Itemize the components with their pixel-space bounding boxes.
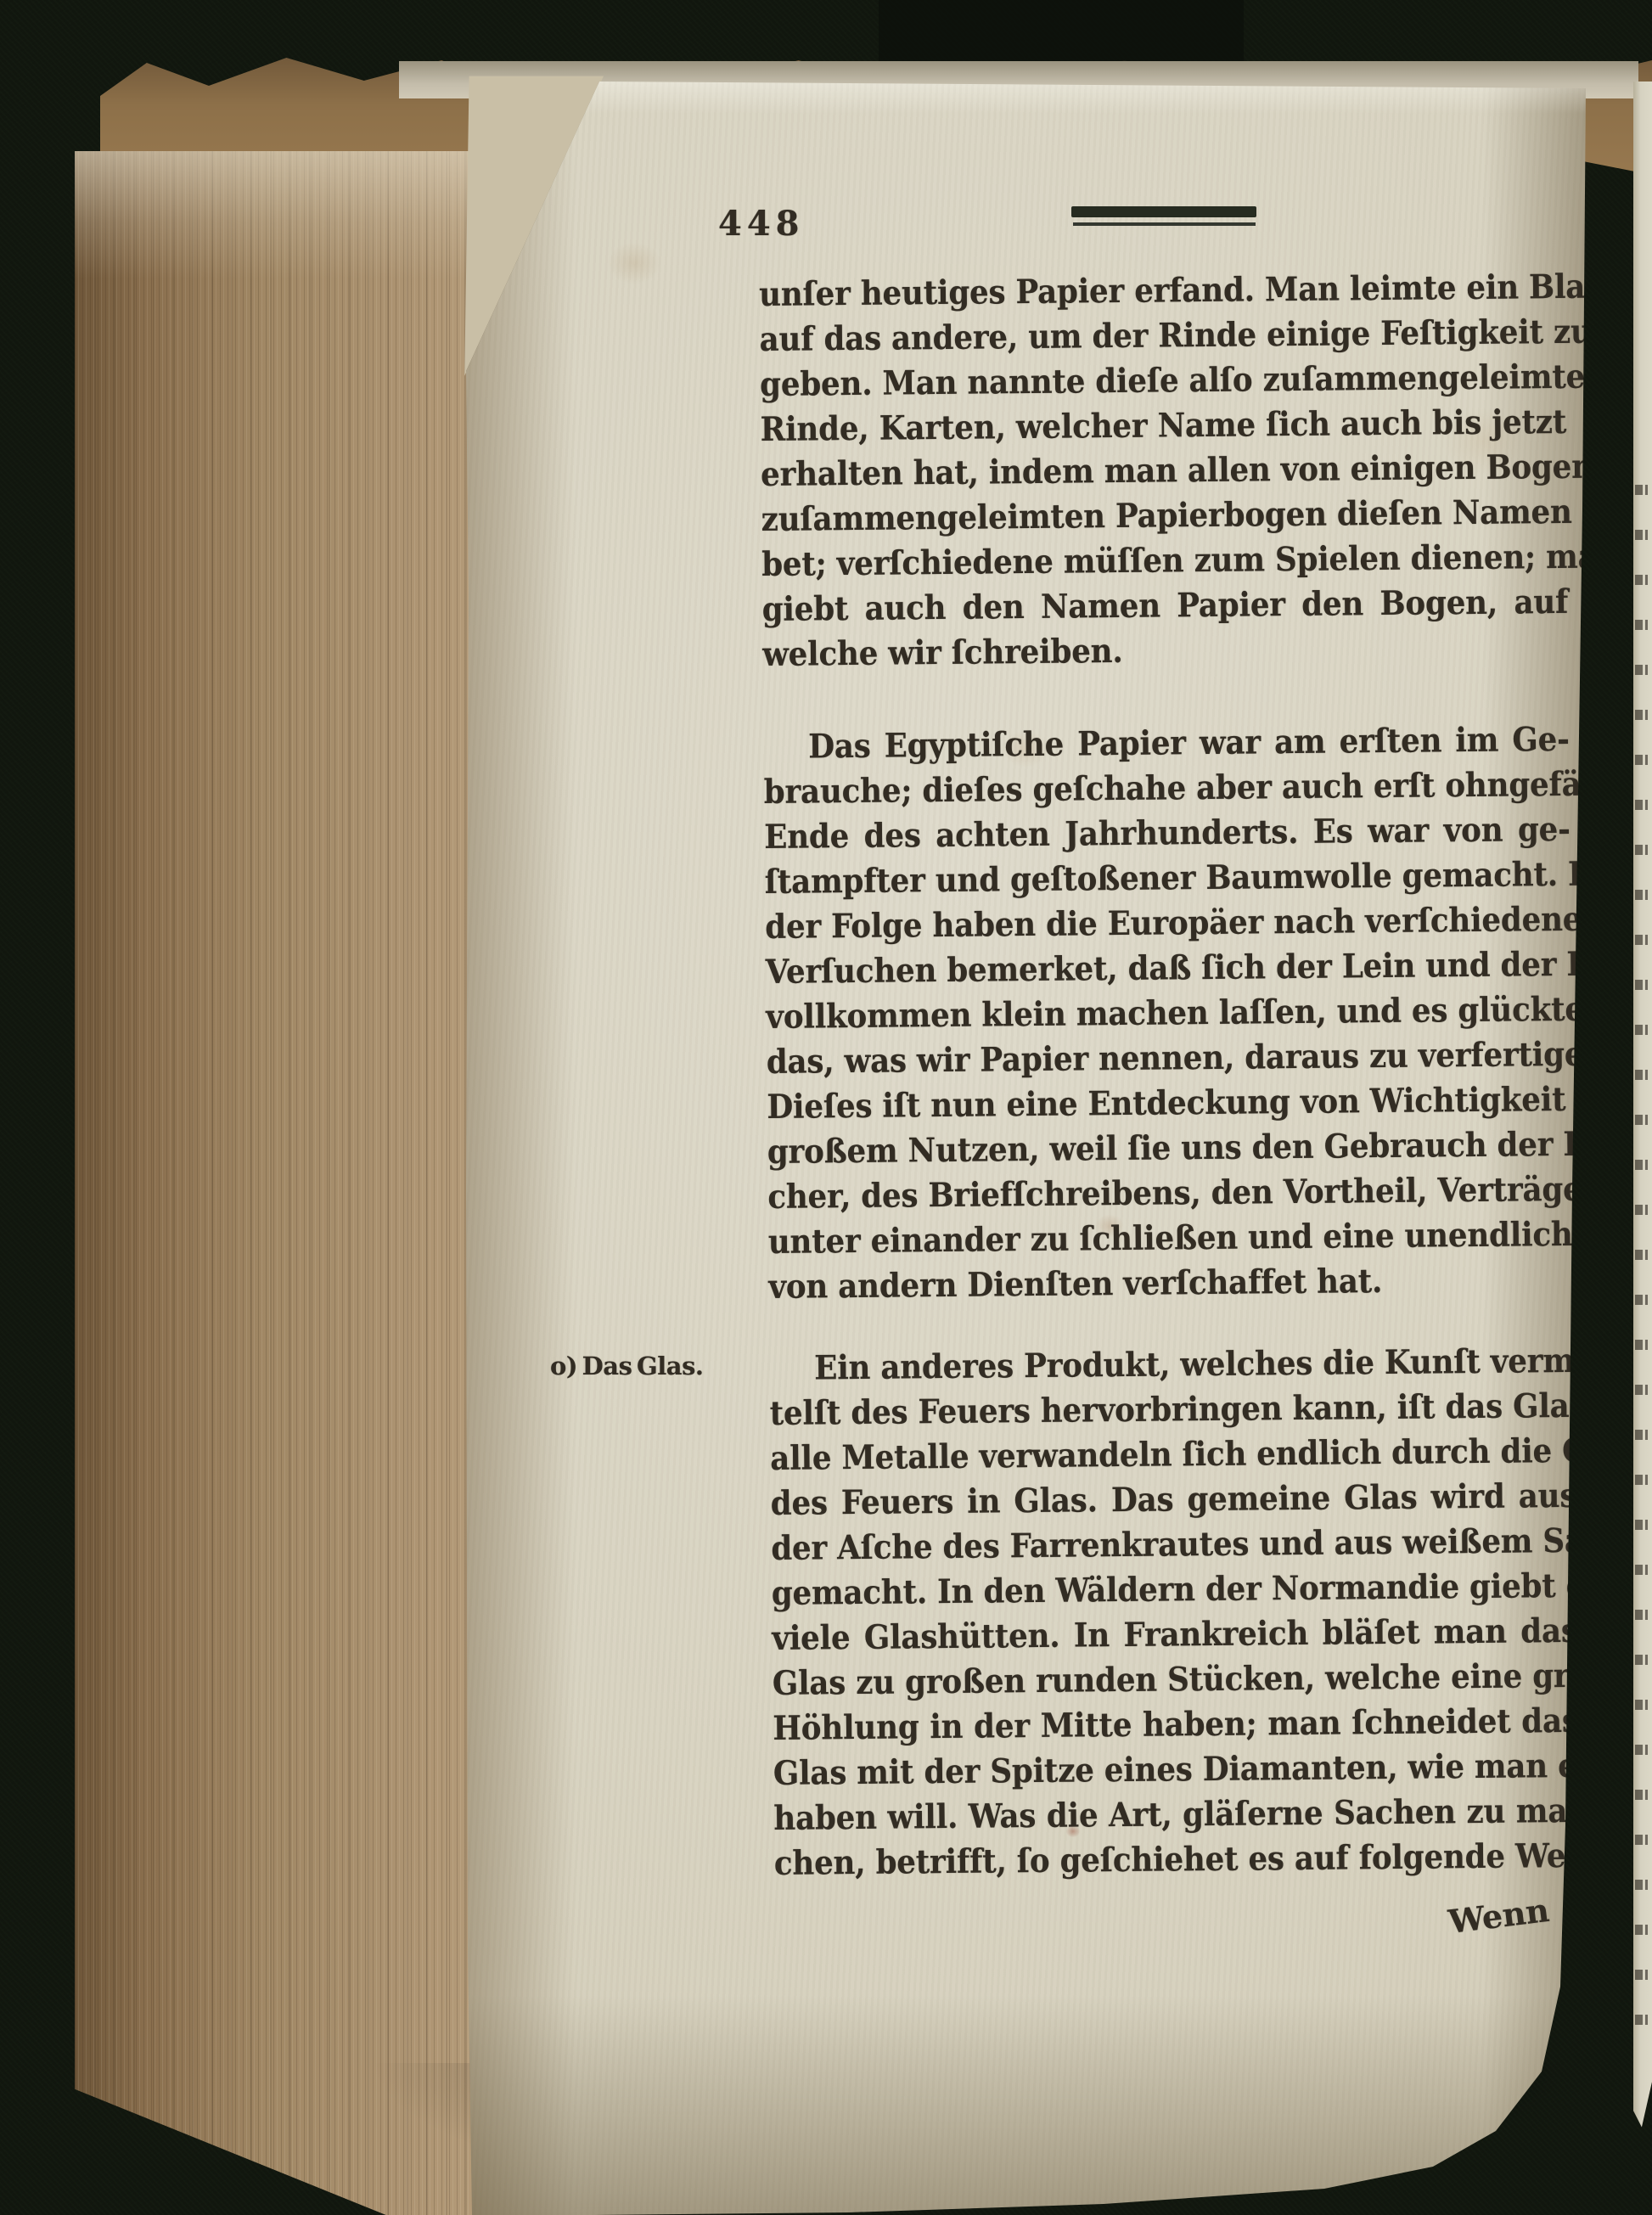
word: einigen [1350,447,1475,492]
word: Briefſchreibens, [928,1172,1201,1219]
word: ſo [1017,1840,1050,1885]
word: bet; [761,543,827,588]
word: der [924,1751,980,1796]
word: chen, [774,1841,866,1887]
word: von [768,1265,828,1311]
word: aus [1334,1521,1392,1567]
word: Ein [814,1346,871,1392]
text-line: zuſammengeleimtenPapierbogendieſenNameng… [761,491,1567,543]
text-line: unſerheutigesPapiererfand.ManleimteeinBl… [759,266,1565,318]
word: der [765,905,821,951]
word: der [771,1526,827,1572]
word: hervorbringen [1041,1387,1283,1435]
word: Jahrhunderts. [1065,811,1299,858]
word: runden [1036,1659,1157,1705]
word: zu [856,1661,895,1706]
word: Baumwolle [1205,855,1392,902]
word: machen [1076,992,1209,1037]
facing-page-sliver [1633,82,1652,2139]
word: Spitze [990,1749,1094,1795]
word: Papierbogen [1115,493,1327,540]
word: weißem [1402,1520,1533,1566]
word: Namen [1453,491,1572,537]
word: Das [1111,1478,1174,1524]
word: giebt [761,587,848,633]
word: daraus [1245,1035,1359,1081]
word: erſten [1339,719,1441,765]
word: Metalle [841,1436,969,1481]
word: iſt [882,1084,920,1129]
text-line: DieſesiſtnuneineEntdeckungvonWichtigkeit… [767,1078,1573,1131]
word: nannte [967,360,1085,406]
word: geſchahe [1032,767,1186,813]
text-line: habenwill.WasdieArt,gläſerneSachenzuma- [773,1790,1580,1842]
text-line: derAſchedesFarrenkrautesundausweißemSand… [771,1520,1577,1572]
word: klein [981,993,1066,1039]
word: viele [772,1616,851,1662]
word: Stücken, [1167,1657,1315,1704]
text-line: bet;verſchiedenemüſſenzumSpielendienen;m… [761,536,1568,588]
word: das, [767,1040,834,1086]
word: verſchiedene [836,541,1054,587]
word: des [863,814,921,860]
word: aber [1196,766,1272,812]
word: die [1323,1341,1374,1387]
word: Was [969,1795,1037,1841]
word: Art, [1109,1793,1172,1839]
word: gemacht. [772,1571,928,1617]
book-photograph: 448 unſerheutigesPapiererfand.Manleimtee… [0,0,1652,2215]
word: gläſerne [1183,1792,1323,1839]
word: Frankreich [1123,1612,1308,1659]
word: den [1301,582,1363,628]
word: laſſen, [1218,991,1326,1037]
word: wir [888,632,941,677]
word: eine [1006,1082,1078,1128]
word: man [1475,1745,1548,1791]
word: In [937,1571,974,1616]
word: Folge [831,904,923,950]
word: Glas [773,1661,846,1707]
word: eines [1104,1748,1193,1794]
word: man [1267,1702,1341,1748]
word: Verſuchen [766,949,937,996]
word: Dienſten [967,1262,1113,1309]
word: Aſche [837,1526,933,1571]
text-line: GlaszugroßenrundenStücken,welcheeinegroß… [773,1655,1579,1707]
word: haben; [1143,1702,1257,1748]
word: ſchreiben. [952,630,1123,677]
word: unter [768,1220,861,1266]
word: welches [1180,1342,1312,1388]
word: verſchiedenen [1365,898,1604,946]
word: Karten, [879,406,1006,452]
text-line: cher,desBriefſchreibens,denVortheil,Vert… [767,1168,1574,1221]
text-line: vieleGlashütten.InFrankreichbläſetmandas [772,1610,1578,1662]
word: telſt [770,1391,841,1437]
word: ſich [1266,403,1330,449]
word: Vortheil, [1283,1170,1427,1217]
text-line: GlasmitderSpitzeeinesDiamanten,wiemanes [773,1745,1580,1797]
word: uns [1181,1127,1242,1172]
word: auf [1514,581,1568,627]
word: achten [936,813,1050,859]
word: den [962,586,1024,632]
word: Rinde [1158,313,1256,359]
word: haben [773,1796,877,1842]
word: hat. [1317,1260,1383,1306]
word: Sachen [1334,1791,1456,1836]
word: eine [1451,1655,1523,1701]
word: es [1248,1837,1284,1882]
word: mit [857,1751,914,1796]
word: Verträge [1437,1168,1582,1215]
text-line: alleMetalleverwandelnſichendlichdurchdie… [770,1430,1576,1482]
word: allen [1188,448,1271,494]
word: Papier [980,1037,1088,1083]
word: Wichtigkeit [1370,1078,1566,1125]
word: ein [1466,266,1519,312]
word: Entdeckung [1087,1081,1290,1127]
word: erhalten [761,452,903,498]
word: endlich [1256,1431,1381,1477]
word: ſich [1182,1433,1246,1479]
word: betrifft, [875,1840,1007,1886]
word: durch [1391,1431,1491,1476]
word: Glashütten. [864,1615,1060,1661]
word: Europäer [1107,901,1263,947]
word: auch [864,587,946,632]
text-line: DasEgyptiſchePapierwaramerſtenimGe- [763,718,1570,771]
word: wir [917,1039,970,1085]
word: In [1074,1614,1110,1659]
word: weil [1049,1127,1117,1173]
word: Lein [1342,945,1416,991]
word: von [1281,447,1340,493]
text-line: HöhlunginderMittehaben;manſchneidetdas [773,1700,1579,1752]
facing-page-text-fragments [1635,460,1648,2056]
text-line: untereinanderzuſchließenundeineunendlich… [768,1213,1575,1266]
word: von [1301,1080,1360,1126]
word: Glas [1344,1476,1418,1522]
text-line: EinanderesProdukt,welchesdieKunſtvermit- [769,1340,1576,1392]
word: das [823,318,881,363]
word: brauche; [764,769,913,816]
word: vollkommen [766,994,971,1041]
word: einige [1267,312,1371,358]
word: Papier [1177,583,1285,629]
word: kann, [1292,1386,1387,1432]
word: die [1047,1794,1099,1840]
word: Gebrauch [1323,1124,1486,1171]
word: am [1274,721,1326,767]
word: dieſen [1337,492,1442,537]
word: Feſtigkeit [1380,311,1543,357]
word: der [1276,946,1332,992]
paragraph: unſerheutigesPapiererfand.ManleimteeinBl… [759,265,1646,678]
word: leimte [1350,267,1457,312]
word: um [1028,315,1082,361]
header-rule-thin [1073,222,1256,226]
word: zuſammengeleimte [1262,356,1585,404]
word: zu [1030,1218,1069,1263]
word: welche [762,632,878,678]
word: nennen, [1099,1037,1234,1083]
word: zu [1466,1791,1505,1836]
word: ſich [1201,946,1266,992]
word: Mitte [1040,1704,1132,1750]
word: der [1205,1567,1261,1613]
word: eine [1323,1215,1395,1261]
text-line: geben.Mannanntedieſealſozuſammengeleimte [760,356,1566,408]
word: zuſammengeleimten [761,495,1105,543]
word: Rinde, [760,408,868,453]
word: des [861,1174,919,1220]
word: Ge- [1512,718,1570,764]
word: Diamanten, [1203,1746,1398,1793]
text-line: vonandernDienſtenverſchaffethat. [768,1258,1575,1311]
page-stack-top-highlight [75,151,480,278]
word: verſchaffet [1123,1261,1306,1307]
word: auch [1282,765,1363,811]
word: Namen [1041,585,1160,631]
word: und [1425,944,1491,990]
word: Farrenkrautes [1009,1523,1249,1571]
word: und [1248,1216,1313,1262]
text-line: derFolgehabendieEuropäernachverſchiedene… [765,898,1571,951]
text-line: großemNutzen,weilſieunsdenGebrauchderBü- [767,1123,1574,1176]
word: unendliche [1404,1213,1592,1260]
word: jetzt [1492,401,1566,447]
text-line: gemacht.IndenWäldernderNormandiegiebtes [772,1565,1578,1617]
text-line: ſtampfterundgeſtoßenerBaumwollegemacht.I… [765,853,1571,906]
word: andern [838,1264,958,1310]
word: Kunſt [1385,1341,1481,1386]
word: der [974,1705,1030,1751]
word: ſtampfter [765,859,925,906]
word: und [936,858,1001,904]
word: den [983,1570,1045,1616]
word: man [1434,1611,1508,1656]
word: auf [1295,1836,1349,1882]
word: haben [932,903,1036,949]
text-line: welchewirſchreiben. [762,626,1569,678]
word: verwandeln [979,1433,1172,1480]
word: alſo [1188,358,1252,404]
word: des [851,1391,908,1436]
word: Nutzen, [907,1128,1039,1174]
word: will. [887,1796,958,1841]
word: im [1455,719,1498,764]
word: des [771,1481,829,1527]
word: Egyptiſche [885,723,1065,770]
word: anderes [880,1345,1014,1391]
word: ſie [1127,1127,1171,1172]
word: giebt [1469,1565,1556,1611]
word: dienen; [1410,536,1536,582]
word: welcher [1016,405,1148,451]
word: auch [1340,402,1422,448]
word: wird [1430,1476,1505,1521]
word: geben. [760,363,873,408]
word: dieſe [1095,359,1179,405]
word: Papier [1077,722,1186,767]
paragraph: DasEgyptiſchePapierwaramerſtenimGe-brauc… [763,717,1652,1311]
word: und [1259,1522,1324,1568]
word: alle [770,1436,832,1482]
word: hat, [913,452,979,498]
body-text: unſerheutigesPapiererfand.ManleimteeinBl… [759,265,1652,1887]
word: war [1200,721,1261,767]
word: Höhlung [773,1706,919,1752]
word: geſtoßener [1010,857,1196,903]
word: das [1445,1386,1503,1431]
word: großem [767,1130,898,1176]
word: bläſet [1322,1611,1419,1657]
word: auf [759,318,813,363]
paragraph: EinanderesProdukt,welchesdieKunſtvermit-… [769,1339,1652,1887]
word: ſchließen [1079,1217,1238,1263]
word: iſt [1396,1386,1435,1431]
word: glückte [1458,988,1584,1034]
word: andere, [891,316,1019,362]
word: in [967,1480,1001,1525]
text-line: telſtdesFeuershervorbringenkann,iſtdasGl… [770,1385,1576,1437]
text-line: Rinde,Karten,welcherNameſichauchbisjetzt [760,401,1566,453]
page-left-shading [465,73,576,2215]
word: Man [882,362,957,408]
text-line: desFeuersinGlas.DasgemeineGlaswirdaus [771,1475,1577,1527]
word: es [1412,989,1448,1034]
word: Dieſes [767,1085,872,1131]
word: wie [1408,1746,1464,1791]
word: die [1500,1430,1552,1476]
word: die [1046,902,1098,948]
word: indem [989,450,1094,496]
word: des [942,1525,1000,1571]
word: cher, [767,1175,851,1221]
word: aus [1519,1475,1577,1521]
word: einander [870,1218,1020,1265]
text-line: EndedesachtenJahrhunderts.Eswarvonge- [764,808,1571,861]
word: man [1104,449,1177,495]
word: zum [1194,538,1265,584]
word: folgende [1358,1836,1505,1882]
word: Wäldern [1055,1568,1195,1615]
page-number: 448 [718,204,805,244]
word: Feuers [841,1481,954,1526]
text-line: Verſuchenbemerket,daßſichderLeinundderHa… [766,943,1572,996]
word: nun [930,1083,997,1129]
word: der [1500,943,1556,989]
word: von [1443,809,1503,855]
word: der [1092,315,1148,361]
word: unſer [759,273,851,318]
word: Produkt, [1024,1343,1171,1390]
word: ge- [1518,808,1571,854]
paper-stain [607,242,661,284]
word: nach [1273,900,1355,946]
text-line: chen,betrifft,ſogeſchiehetesauffolgendeW… [774,1835,1581,1887]
word: bemerket, [947,947,1118,994]
word: gemacht. [1402,853,1558,900]
word: Normandie [1272,1566,1460,1612]
word: Papier [1015,270,1124,316]
word: erſt [1374,764,1436,810]
word: was [844,1039,907,1085]
text-line: erhaltenhat,indemmanallenvoneinigenBogen [761,446,1567,498]
word: Glas. [1014,1479,1098,1525]
word: zu [1369,1035,1408,1080]
margin-side-note: o) Das Glas. [550,1352,704,1380]
word: und [1336,990,1402,1036]
word: ſchneidet [1351,1701,1511,1747]
catchword: Wenn [1447,1891,1552,1941]
word: Feuers [918,1390,1031,1436]
word: den [1251,1126,1313,1172]
word: war [1368,809,1429,855]
word: geſchiehet [1059,1838,1238,1885]
text-line: giebtauchdenNamenPapierdenBogen,auf [761,581,1568,633]
word: Das [808,725,871,771]
word: gemeine [1187,1477,1330,1524]
page-stack-fore-edge [75,151,480,2215]
word: dieſes [922,768,1023,814]
word: den [1211,1171,1273,1217]
text-line: das,waswirPapiernennen,darauszuverfertig… [767,1033,1573,1086]
word: Name [1157,403,1256,449]
word: müſſen [1064,539,1184,585]
word: Spielen [1275,537,1401,583]
word: Es [1313,810,1353,855]
header-rule-thick [1071,206,1256,217]
word: der [1497,1123,1553,1169]
word: welche [1325,1656,1441,1701]
word: daß [1127,947,1191,992]
text-line: vollkommenkleinmachenlaſſen,undesglückte… [766,988,1572,1041]
text-line: aufdasandere,umderRindeeinigeFeſtigkeitz… [759,311,1565,363]
word: Bogen, [1379,582,1497,627]
word: Man [1265,267,1340,313]
word: Ende [764,815,849,861]
word: in [930,1706,964,1751]
word: großen [905,1660,1025,1706]
word: heutiges [861,271,1006,318]
word: Bogen [1486,446,1593,492]
word: bis [1432,402,1481,447]
word: Glas [773,1751,847,1797]
word: erfand. [1134,268,1255,314]
text-line: brauche;dieſesgeſchaheaberaucherſtohngef… [764,763,1571,816]
